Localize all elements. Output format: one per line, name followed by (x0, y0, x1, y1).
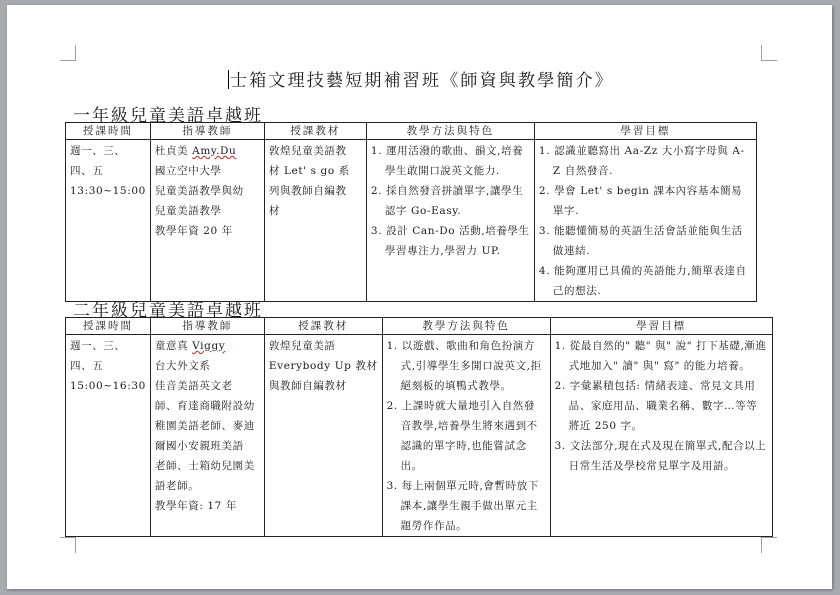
header-time: 授課時間 (66, 123, 151, 140)
method-item: 2. 上課時就大量地引入自然發音教學,培養學生將來遇到不認識的單字時,也能嘗試念… (387, 396, 546, 476)
cell-methods: 1. 以遊戲、歌曲和角色扮演方式,引導學生多開口說英文,拒絕刻板的填鴨式教學。 … (382, 335, 550, 537)
cell-materials: 敦煌兒童美語教 材 Let' s go 系 列與教師自編教 材 (264, 140, 366, 302)
header-goals: 學習目標 (534, 123, 756, 140)
cell-methods: 1. 運用活潑的歌曲、韻文,培養學生敢開口說英文能力. 2. 採自然發音拼讀單字… (366, 140, 534, 302)
method-item: 3. 每上兩個單元時,會暫時放下課本,讓學生親手做出單元主題勞作作品。 (387, 476, 546, 536)
method-item: 2. 採自然發音拼讀單字,讓學生認字 Go-Easy. (371, 181, 530, 221)
teacher-line: 台大外文系 (155, 356, 260, 376)
table-row: 週一、三、 四、五 15:00~16:30 童意真 Viggy 台大外文系 佳音… (66, 335, 773, 537)
cell-schedule: 週一、三、 四、五 15:00~16:30 (66, 335, 151, 537)
margin-corner-mark (761, 537, 777, 553)
goal-item: 2. 字彙累積包括: 情緒表達、常見文具用品、家庭用品、職業名稱、數字…等等將近… (555, 376, 768, 436)
header-methods: 教學方法與特色 (366, 123, 534, 140)
method-item: 1. 以遊戲、歌曲和角色扮演方式,引導學生多開口說英文,拒絕刻板的填鴨式教學。 (387, 336, 546, 396)
margin-corner-mark (60, 45, 76, 61)
table-header-row: 授課時間 指導教師 授課教材 教學方法與特色 學習目標 (66, 123, 757, 140)
teacher-line: 師、育達商職附設幼 (155, 396, 260, 416)
teacher-name-en: Amy.Du (192, 145, 236, 157)
materials-line: 敦煌兒童美語教 (269, 141, 362, 161)
header-teacher: 指導教師 (150, 318, 264, 335)
teacher-line: 兒童美語教學 (155, 201, 260, 221)
schedule-line: 週一、三、 (70, 336, 146, 356)
schedule-line: 週一、三、 (70, 141, 146, 161)
method-item: 1. 運用活潑的歌曲、韻文,培養學生敢開口說英文能力. (371, 141, 530, 181)
teacher-name-line: 童意真 Viggy (155, 336, 260, 356)
materials-line: Everybody Up 教材 (269, 356, 378, 376)
cell-materials: 敦煌兒童美語 Everybody Up 教材 與教師自編教材 (264, 335, 382, 537)
teacher-name-line: 杜貞美 Amy.Du (155, 141, 260, 161)
goal-item: 1. 認識並聽寫出 Aa-Zz 大小寫字母與 A-Z 自然發音. (539, 141, 752, 181)
materials-line: 與教師自編教材 (269, 376, 378, 396)
margin-corner-mark (761, 45, 777, 61)
goal-item: 4. 能夠運用已具備的英語能力,簡單表達自己的想法. (539, 261, 752, 301)
schedule-line: 四、五 (70, 161, 146, 181)
cell-teacher: 童意真 Viggy 台大外文系 佳音美語英文老 師、育達商職附設幼 稚園美語老師… (150, 335, 264, 537)
cell-goals: 1. 從最自然的" 聽" 與" 說" 打下基礎,漸進式地加入" 讀" 與" 寫"… (550, 335, 772, 537)
materials-line: 材 Let' s go 系 (269, 161, 362, 181)
schedule-line: 13:30~15:00 (70, 181, 146, 201)
materials-line: 材 (269, 201, 362, 221)
goal-item: 1. 從最自然的" 聽" 與" 說" 打下基礎,漸進式地加入" 讀" 與" 寫"… (555, 336, 768, 376)
teacher-line: 語老師。 (155, 476, 260, 496)
schedule-line: 15:00~16:30 (70, 376, 146, 396)
teacher-line: 教學年資 20 年 (155, 221, 260, 241)
teacher-name-en: Viggy (192, 340, 225, 352)
cell-schedule: 週一、三、 四、五 13:30~15:00 (66, 140, 151, 302)
header-goals: 學習目標 (550, 318, 772, 335)
teacher-line: 老師、士箱幼兒園美 (155, 456, 260, 476)
materials-line: 敦煌兒童美語 (269, 336, 378, 356)
goal-item: 3. 能聽懂簡易的英語生活會話並能與生活做連結. (539, 221, 752, 261)
method-item: 3. 設計 Can-Do 活動,培養學生學習專注力,學習力 UP. (371, 221, 530, 261)
teacher-line: 教學年資: 17 年 (155, 496, 260, 516)
header-teacher: 指導教師 (150, 123, 264, 140)
header-methods: 教學方法與特色 (382, 318, 550, 335)
document-title-text: 士箱文理技藝短期補習班《師資與教學簡介》 (230, 71, 614, 91)
header-materials: 授課教材 (264, 123, 366, 140)
document-title[interactable]: 士箱文理技藝短期補習班《師資與教學簡介》 (228, 66, 648, 91)
teacher-name: 童意真 (155, 340, 192, 352)
schedule-table-grade1: 授課時間 指導教師 授課教材 教學方法與特色 學習目標 週一、三、 四、五 13… (65, 122, 757, 302)
header-materials: 授課教材 (264, 318, 382, 335)
teacher-line: 佳音美語英文老 (155, 376, 260, 396)
header-time: 授課時間 (66, 318, 151, 335)
cell-teacher: 杜貞美 Amy.Du 國立空中大學 兒童美語教學與幼 兒童美語教學 教學年資 2… (150, 140, 264, 302)
teacher-line: 兒童美語教學與幼 (155, 181, 260, 201)
margin-corner-mark (60, 537, 76, 553)
goal-item: 2. 學會 Let' s begin 課本內容基本簡易單字. (539, 181, 752, 221)
materials-line: 列與教師自編教 (269, 181, 362, 201)
table-row: 週一、三、 四、五 13:30~15:00 杜貞美 Amy.Du 國立空中大學 … (66, 140, 757, 302)
teacher-line: 爾國小安親班美語 (155, 436, 260, 456)
teacher-line: 國立空中大學 (155, 161, 260, 181)
cell-goals: 1. 認識並聽寫出 Aa-Zz 大小寫字母與 A-Z 自然發音. 2. 學會 L… (534, 140, 756, 302)
teacher-line: 稚園美語老師、麥迪 (155, 416, 260, 436)
schedule-table-grade2: 授課時間 指導教師 授課教材 教學方法與特色 學習目標 週一、三、 四、五 15… (65, 317, 773, 537)
schedule-line: 四、五 (70, 356, 146, 376)
text-cursor (228, 70, 229, 89)
table-header-row: 授課時間 指導教師 授課教材 教學方法與特色 學習目標 (66, 318, 773, 335)
goal-item: 3. 文法部分,現在式及現在簡單式,配合以上日常生活及學校常見單字及用語。 (555, 436, 768, 476)
teacher-name: 杜貞美 (155, 145, 192, 157)
